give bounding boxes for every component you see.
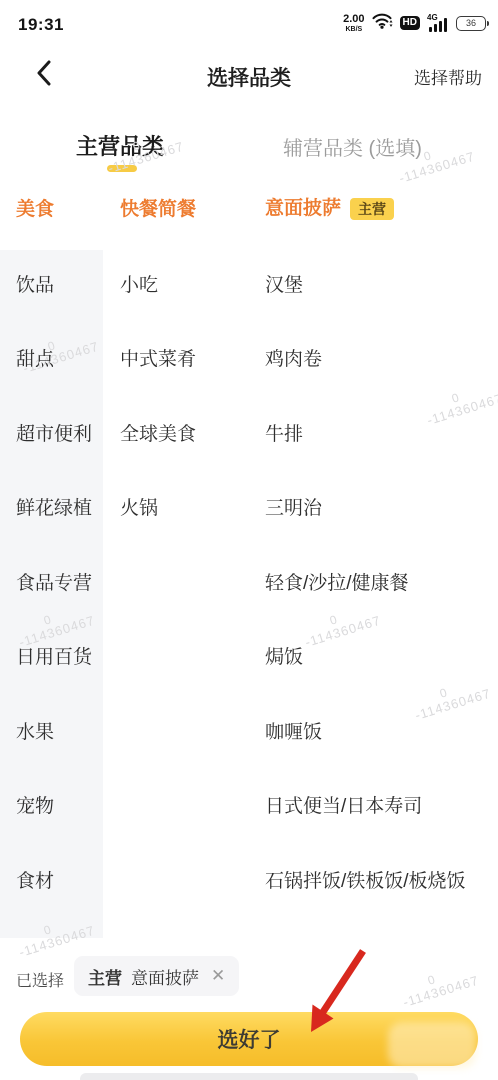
hd-icon: HD [400, 16, 420, 30]
watermark: 0-114360467 [410, 674, 493, 723]
level1-option[interactable]: 水果 [16, 721, 54, 745]
watermark: 0-114360467 [300, 601, 383, 650]
tab-secondary-category[interactable]: 辅营品类 (选填) [283, 132, 422, 161]
level1-option[interactable]: 鲜花绿植 [16, 497, 92, 521]
main-category-badge: 主营 [350, 198, 394, 221]
watermark: 0-114360467 [398, 961, 481, 1010]
tab-bar: 主营品类 辅营品类 (选填) [0, 120, 498, 186]
level3-selected-label: 意面披萨 [265, 197, 341, 221]
level3-option[interactable]: 咖喱饭 [265, 721, 322, 745]
level3-option-selected[interactable]: 意面披萨 主营 [265, 197, 394, 221]
level3-option[interactable]: 日式便当/日本寿司 [265, 795, 422, 819]
level3-option[interactable]: 三明治 [265, 497, 322, 521]
chip-tag: 主营 [88, 964, 122, 989]
cell-signal-icon: 4G [427, 14, 449, 32]
level1-option-selected[interactable]: 美食 [16, 198, 54, 222]
level3-option[interactable]: 汉堡 [265, 274, 303, 298]
network-speed-indicator: 2.00 KB/S [343, 14, 364, 33]
level2-option-selected[interactable]: 快餐简餐 [120, 198, 196, 222]
chip-close-icon[interactable]: ✕ [211, 966, 225, 986]
selected-category-chip: 主营 意面披萨 ✕ [74, 956, 239, 996]
nav-bar: 选择品类 选择帮助 [0, 50, 498, 100]
level1-option[interactable]: 宠物 [16, 795, 54, 819]
level1-option[interactable]: 甜点 [16, 348, 54, 372]
level3-option[interactable]: 石锅拌饭/铁板饭/板烧饭 [265, 870, 466, 894]
tab-main-category[interactable]: 主营品类 [76, 130, 164, 161]
status-bar: 19:31 2.00 KB/S HD 4G [0, 0, 498, 48]
help-link[interactable]: 选择帮助 [414, 64, 482, 89]
watermark: 0-114360467 [422, 379, 498, 428]
level3-option[interactable]: 鸡肉卷 [265, 348, 322, 372]
level1-option[interactable]: 饮品 [16, 274, 54, 298]
clock: 19:31 [18, 15, 64, 35]
selected-label: 已选择 [16, 968, 64, 991]
level1-option[interactable]: 食品专营 [16, 572, 92, 596]
category-picker-screen: 19:31 2.00 KB/S HD 4G [0, 0, 498, 1080]
level2-option[interactable]: 火锅 [120, 497, 158, 521]
active-tab-indicator [107, 165, 137, 172]
status-icons: 2.00 KB/S HD 4G [343, 12, 486, 34]
level1-option[interactable]: 日用百货 [16, 646, 92, 670]
wifi-icon [372, 12, 393, 34]
level3-option[interactable]: 焗饭 [265, 646, 303, 670]
level2-option[interactable]: 小吃 [120, 274, 158, 298]
level2-option[interactable]: 中式菜肴 [120, 348, 196, 372]
level1-option[interactable]: 超市便利 [16, 423, 92, 447]
confirm-button[interactable]: 选好了 [20, 1012, 478, 1066]
level3-option[interactable]: 牛排 [265, 423, 303, 447]
level3-option[interactable]: 轻食/沙拉/健康餐 [265, 572, 409, 596]
level1-option[interactable]: 食材 [16, 870, 54, 894]
chip-name: 意面披萨 [131, 964, 199, 989]
battery-icon: 36 [456, 16, 486, 31]
level2-option[interactable]: 全球美食 [120, 423, 196, 447]
bottom-sheet-edge [80, 1073, 418, 1080]
